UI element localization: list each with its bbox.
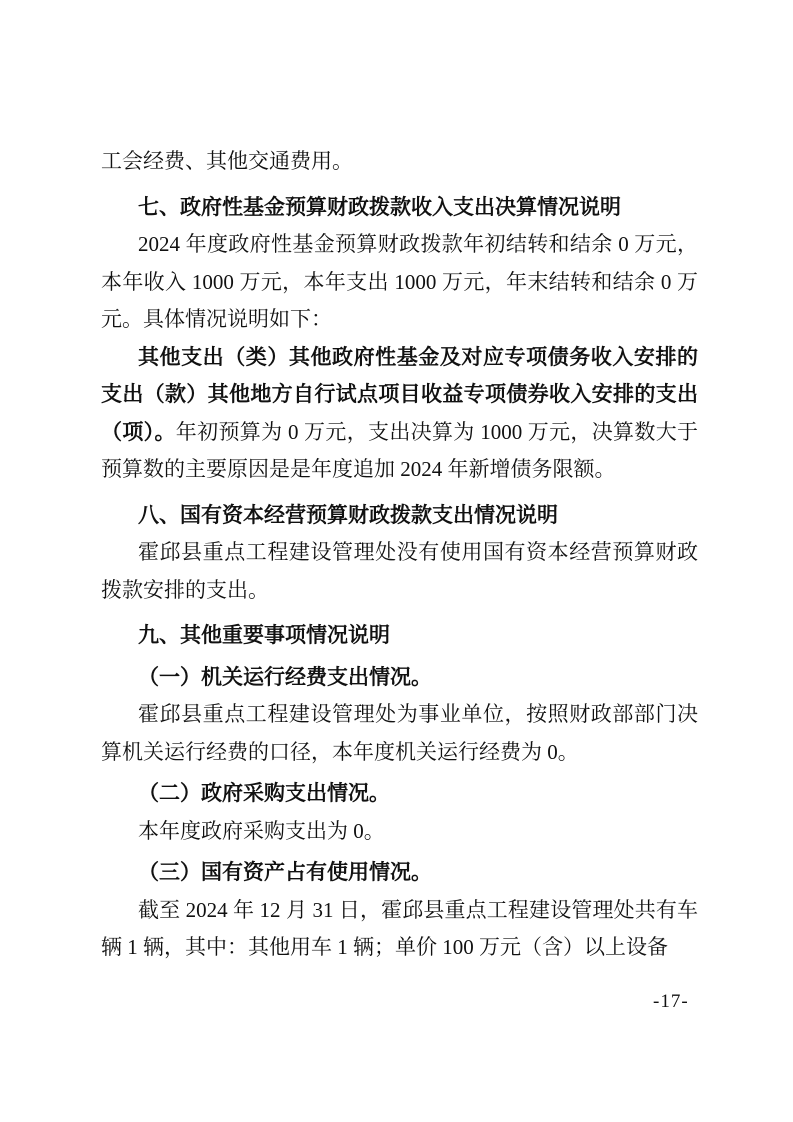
paragraph-gov-fund-summary: 2024 年度政府性基金预算财政拨款年初结转和结余 0 万元，本年收入 1000… (101, 226, 698, 339)
paragraph-other-expenditure: 其他支出（类）其他政府性基金及对应专项债务收入安排的支出（款）其他地方自行试点项… (101, 339, 698, 489)
section-heading-eight: 八、国有资本经营预算财政拨款支出情况说明 (101, 497, 698, 535)
paragraph-continuation: 工会经费、其他交通费用。 (101, 143, 698, 181)
document-body: 工会经费、其他交通费用。 七、政府性基金预算财政拨款收入支出决算情况说明 202… (101, 143, 698, 967)
document-page: 工会经费、其他交通费用。 七、政府性基金预算财政拨款收入支出决算情况说明 202… (0, 0, 793, 1122)
paragraph-operating-funds: 霍邱县重点工程建设管理处为事业单位，按照财政部部门决算机关运行经费的口径，本年度… (101, 696, 698, 771)
subheading-operating-funds: （一）机关运行经费支出情况。 (101, 659, 698, 697)
subheading-gov-procurement: （二）政府采购支出情况。 (101, 775, 698, 813)
paragraph-gov-procurement: 本年度政府采购支出为 0。 (101, 813, 698, 851)
paragraph-state-assets: 截至 2024 年 12 月 31 日，霍邱县重点工程建设管理处共有车辆 1 辆… (101, 892, 698, 967)
page-number: -17- (653, 991, 689, 1013)
paragraph-state-capital: 霍邱县重点工程建设管理处没有使用国有资本经营预算财政拨款安排的支出。 (101, 534, 698, 609)
subheading-state-assets: （三）国有资产占有使用情况。 (101, 854, 698, 892)
section-heading-seven: 七、政府性基金预算财政拨款收入支出决算情况说明 (101, 189, 698, 227)
normal-tail-text: 年初预算为 0 万元，支出决算为 1000 万元，决算数大于预算数的主要原因是是… (101, 420, 698, 482)
section-heading-nine: 九、其他重要事项情况说明 (101, 617, 698, 655)
